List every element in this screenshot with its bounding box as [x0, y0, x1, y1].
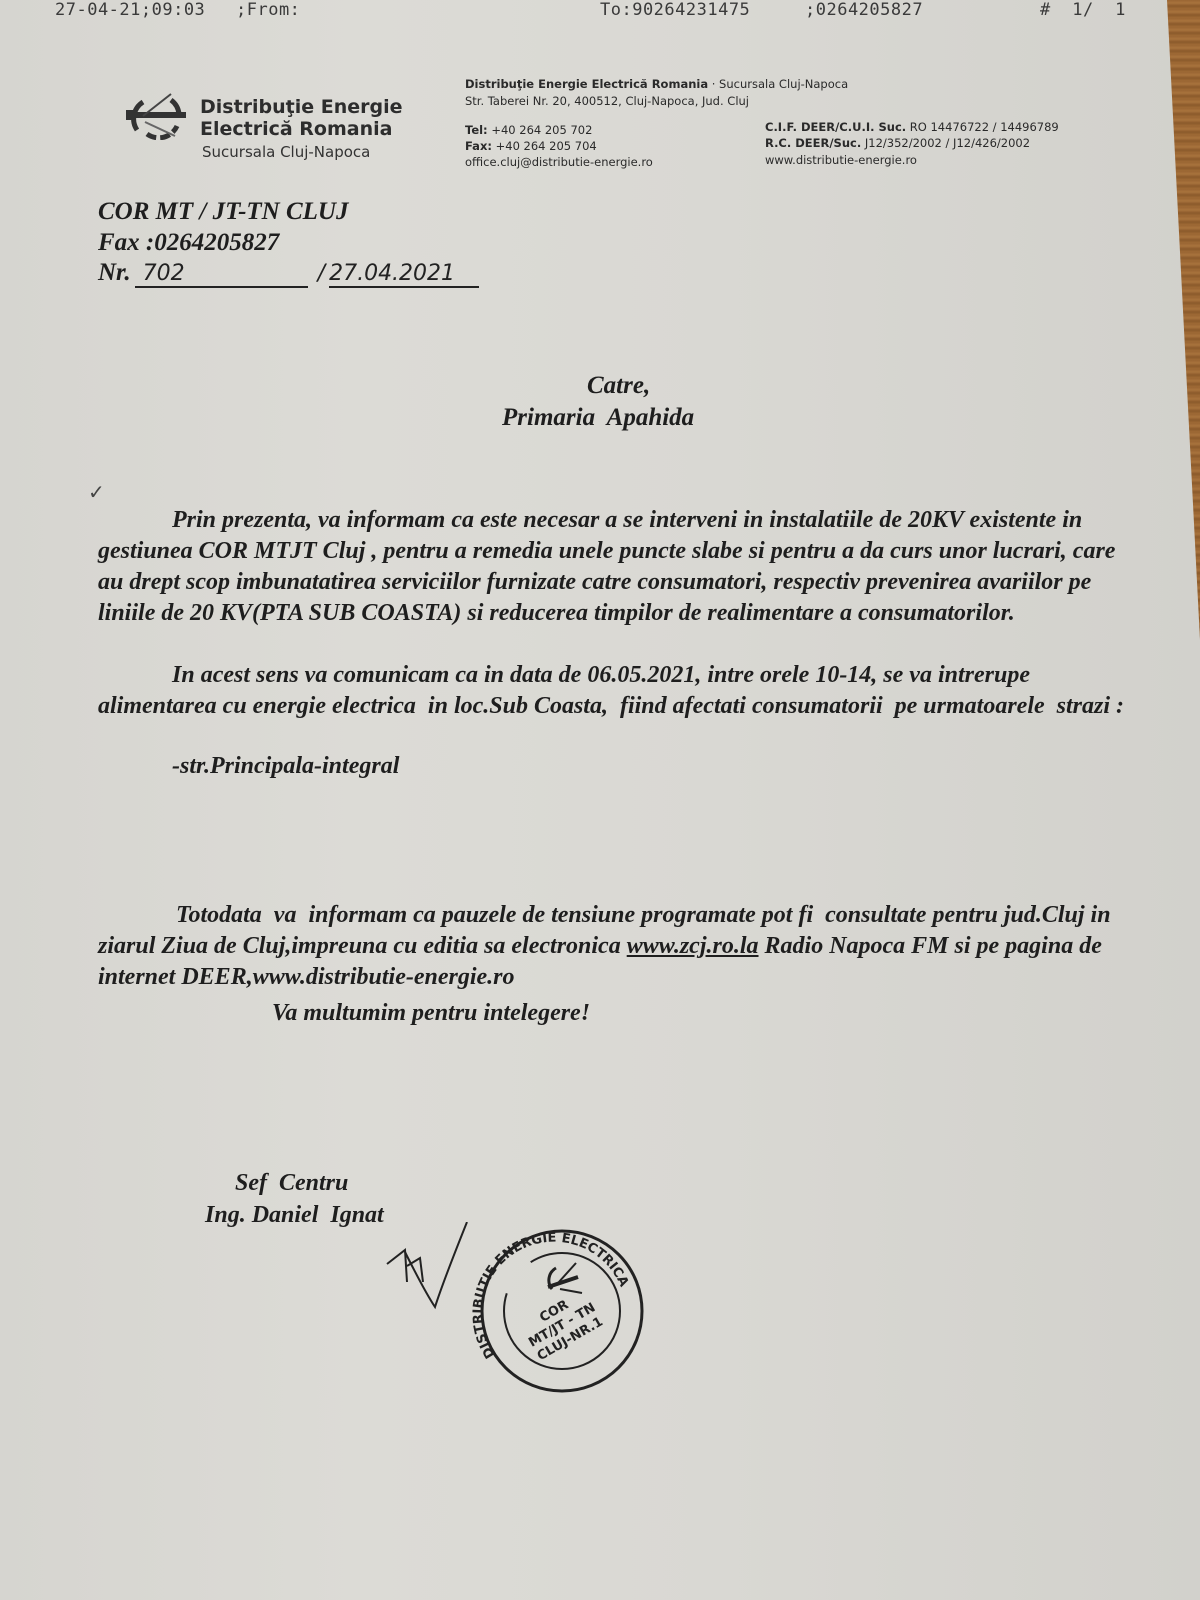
letterhead-website: www.distributie-energie.ro: [765, 152, 917, 168]
letterhead-company-full: Distribuţie Energie Electrică Romania · …: [465, 76, 848, 92]
fax-to: To:90264231475: [600, 0, 750, 20]
tel-value: +40 264 205 702: [491, 123, 592, 137]
closing-line: Va multumim pentru intelegere!: [272, 1000, 590, 1027]
check-mark-icon: ✓: [88, 480, 105, 504]
document-page: 27-04-21;09:03 ;From: To:90264231475 ;02…: [0, 0, 1200, 1600]
letterhead-address: Str. Taberei Nr. 20, 400512, Cluj-Napoca…: [465, 93, 749, 109]
recipient-name: Primaria Apahida: [502, 404, 694, 432]
nr-date: 27.04.2021: [329, 261, 479, 288]
rc-label: R.C. DEER/Suc.: [765, 136, 861, 150]
fax-value: +40 264 205 704: [496, 139, 597, 153]
fax-to-number: ;0264205827: [805, 0, 923, 20]
company-name: Distribuţie Energie Electrică Romania: [465, 77, 708, 91]
stamp-logo-icon: [548, 1263, 582, 1293]
fax-timestamp: 27-04-21;09:03: [55, 0, 205, 20]
rc-value: J12/352/2002 / J12/426/2002: [865, 136, 1030, 150]
registration-number-line: Nr. 702 / 27.04.2021: [98, 258, 479, 288]
letterhead-fax: Fax: +40 264 205 704: [465, 138, 597, 154]
tel-label: Tel:: [465, 123, 488, 137]
department-fax: Fax :0264205827: [98, 228, 279, 258]
signatory-title: Sef Centru: [235, 1170, 348, 1197]
fax-page-count: # 1/ 1: [1040, 0, 1126, 20]
street-item: -str.Principala-integral: [172, 753, 399, 780]
body-paragraph-1: Prin prezenta, va informam ca este neces…: [98, 505, 1128, 629]
cif-label: C.I.F. DEER/C.U.I. Suc.: [765, 120, 906, 134]
letterhead-tel: Tel: +40 264 205 702: [465, 122, 592, 138]
logo-company-line2: Electrică Romania: [200, 118, 392, 140]
letterhead-cif: C.I.F. DEER/C.U.I. Suc. RO 14476722 / 14…: [765, 119, 1059, 135]
cif-value: RO 14476722 / 14496789: [910, 120, 1059, 134]
zcj-link[interactable]: www.zcj.ro.la: [627, 933, 759, 959]
official-stamp: DISTRIBUTIE ENERGIE ELECTRICA ROMANIA CO…: [470, 1225, 650, 1400]
letterhead-email: office.cluj@distributie-energie.ro: [465, 154, 653, 170]
department-name: COR MT / JT-TN CLUJ: [98, 197, 348, 227]
nr-separator: /: [318, 261, 325, 286]
branch-name: · Sucursala Cluj-Napoca: [708, 77, 848, 91]
fax-label: Fax:: [465, 139, 492, 153]
logo-company-line1: Distribuţie Energie: [200, 96, 403, 118]
recipient-label: Catre,: [587, 372, 650, 400]
fax-from: ;From:: [236, 0, 300, 20]
body-paragraph-2: In acest sens va comunicam ca in data de…: [98, 660, 1128, 722]
logo-branch: Sucursala Cluj-Napoca: [202, 143, 370, 161]
letterhead-rc: R.C. DEER/Suc. J12/352/2002 / J12/426/20…: [765, 135, 1030, 151]
nr-value: 702: [135, 261, 308, 288]
body-paragraph-3: Totodata va informam ca pauzele de tensi…: [98, 900, 1128, 993]
deer-logo-icon: [125, 92, 187, 140]
nr-label: Nr.: [98, 259, 131, 286]
signatory-name: Ing. Daniel Ignat: [205, 1202, 384, 1229]
